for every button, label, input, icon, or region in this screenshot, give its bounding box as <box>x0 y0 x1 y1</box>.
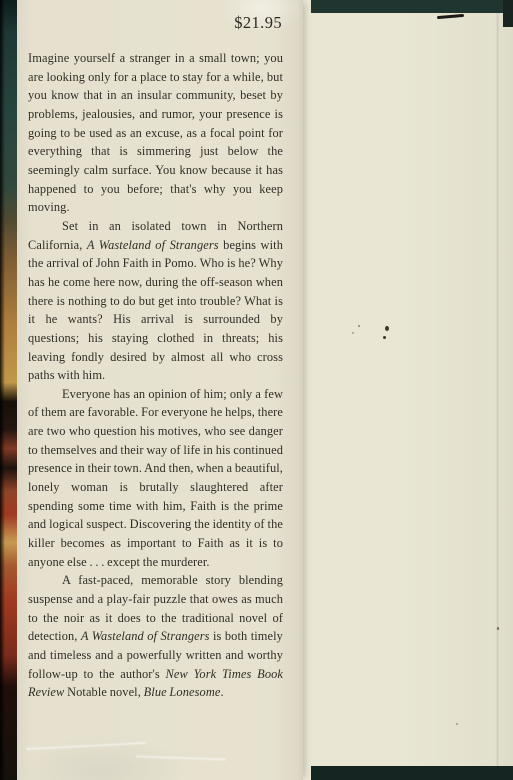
book-open-front-flap: $21.95 Imagine yourself a stranger in a … <box>0 0 513 780</box>
jacket-edge-band-top <box>309 0 513 13</box>
jacket-edge-corner <box>503 0 513 27</box>
price-label: $21.95 <box>16 13 303 33</box>
flap-copy: Imagine yourself a stranger in a small t… <box>16 49 303 702</box>
ink-speck <box>385 326 389 331</box>
flap-text-segment: begins with the arrival of John Faith in… <box>28 238 283 383</box>
board-crease-line <box>496 13 499 766</box>
ink-speck <box>456 723 458 725</box>
book-title-italic: A Wasteland of Strangers <box>87 238 219 252</box>
ink-speck <box>383 336 386 339</box>
ink-speck <box>358 325 360 327</box>
flap-text-segment: Imagine yourself a stranger in a small t… <box>28 51 283 214</box>
flap-paragraph-4: A fast-paced, memorable story blending s… <box>28 571 283 702</box>
jacket-edge-band-bottom <box>304 766 513 780</box>
ink-speck <box>497 627 499 630</box>
book-title-italic: A Wasteland of Strangers <box>81 629 210 643</box>
jacket-front-flap: $21.95 Imagine yourself a stranger in a … <box>16 0 303 780</box>
book-title-italic: Blue Lonesome <box>144 685 221 699</box>
flap-paragraph-3: Everyone has an opinion of him; only a f… <box>28 385 283 572</box>
flap-crease <box>136 755 226 760</box>
flap-crease <box>26 742 146 750</box>
flap-text-segment: . <box>220 685 223 699</box>
flap-text-segment: Notable novel, <box>64 685 143 699</box>
flap-paragraph-1: Imagine yourself a stranger in a small t… <box>28 49 283 217</box>
flap-paragraph-2: Set in an isolated town in Northern Cali… <box>28 217 283 385</box>
cover-art-sliver <box>0 0 17 780</box>
flap-text-segment: Everyone has an opinion of him; only a f… <box>28 387 283 569</box>
ink-speck <box>352 332 354 334</box>
flap-edge-highlight <box>303 0 311 780</box>
